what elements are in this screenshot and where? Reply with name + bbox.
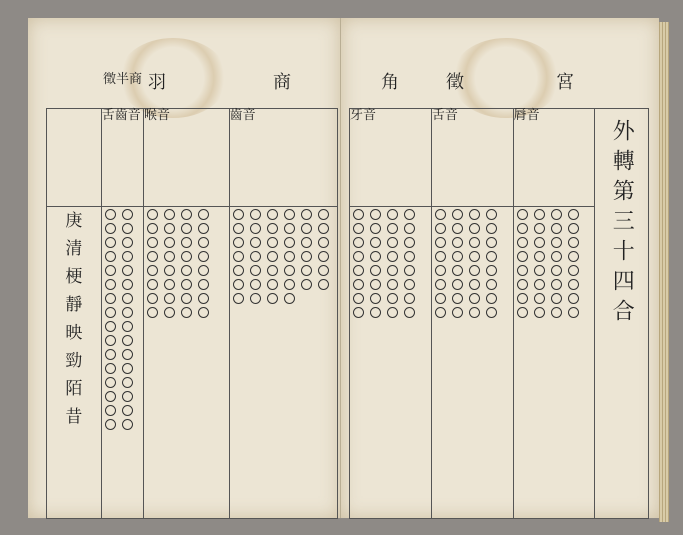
right-page: 角 徵 宮 牙音 舌音 脣音 外轉第三十四合	[341, 18, 659, 518]
circle-grid	[350, 207, 431, 319]
circle-grid	[102, 207, 143, 431]
header-she: 舌音	[432, 108, 458, 123]
label-shang: 商	[273, 68, 291, 94]
label-yu: 羽	[148, 68, 166, 94]
circle-grid	[230, 207, 337, 305]
label-banzhi: 徵半商	[103, 68, 142, 87]
side-title: 外轉第三十四合	[606, 119, 637, 329]
page-edges	[659, 22, 669, 522]
open-book: 羽 商 徵半商 舌齒音 喉音 齒音 庚 清 梗 靜 映 勁 陌 昔	[28, 18, 668, 523]
circle-grid	[432, 207, 513, 319]
label-zhi: 徵	[446, 68, 464, 94]
left-rhyme-table: 舌齒音 喉音 齒音 庚 清 梗 靜 映 勁 陌 昔	[46, 108, 338, 519]
circle-grid	[144, 207, 229, 319]
left-page: 羽 商 徵半商 舌齒音 喉音 齒音 庚 清 梗 靜 映 勁 陌 昔	[28, 18, 341, 518]
header-chi: 齒音	[230, 108, 256, 123]
label-gong: 宮	[556, 68, 574, 94]
header-chun: 脣音	[514, 108, 540, 123]
circle-grid	[514, 207, 595, 319]
header-ya: 牙音	[350, 108, 376, 123]
label-jiao: 角	[381, 68, 399, 94]
right-rhyme-table: 牙音 舌音 脣音 外轉第三十四合	[349, 108, 649, 519]
header-hou: 喉音	[144, 108, 170, 123]
row-labels: 庚 清 梗 靜 映 勁 陌 昔	[47, 207, 102, 519]
header-sheci: 舌齒音	[102, 108, 141, 123]
